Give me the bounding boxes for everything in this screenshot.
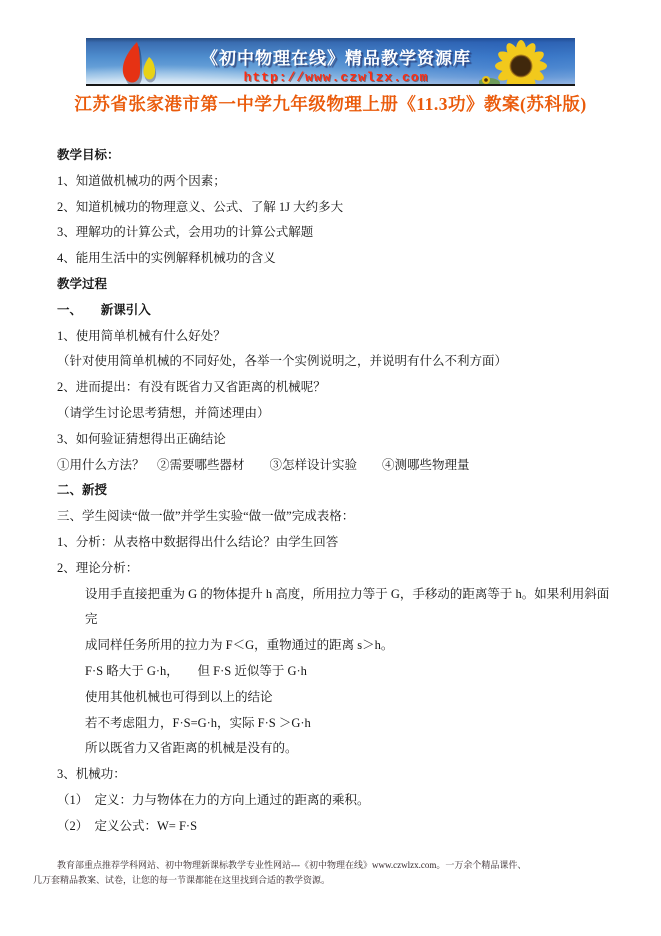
- sunflower-image: [479, 40, 559, 86]
- paragraph: 使用其他机械也可得到以上的结论: [57, 685, 617, 711]
- document-page: 《初中物理在线》精品教学资源库 http://www.czwlzx.com: [0, 0, 661, 936]
- paragraph: 2、知道机械功的物理意义、公式、了解 1J 大约多大: [57, 195, 617, 221]
- paragraph: （针对使用简单机械的不同好处，各举一个实例说明之，并说明有什么不利方面）: [57, 349, 617, 375]
- paragraph: 三、学生阅读“做一做”并学生实验“做一做”完成表格：: [57, 504, 617, 530]
- paragraph: 3、理解功的计算公式，会用功的计算公式解题: [57, 220, 617, 246]
- paragraph: 4、能用生活中的实例解释机械功的含义: [57, 246, 617, 272]
- paragraph: 所以既省力又省距离的机械是没有的。: [57, 736, 617, 762]
- footer-line-1: 教育部重点推荐学科网站、初中物理新课标教学专业性网站---《初中物理在线》www…: [33, 858, 647, 873]
- document-title: 江苏省张家港市第一中学九年级物理上册《11.3功》教案(苏科版): [0, 91, 661, 116]
- paragraph: 若不考虑阻力，F·S=G·h，实际 F·S ＞G·h: [57, 711, 617, 737]
- paragraph: ①用什么方法？ ②需要哪些器材 ③怎样设计实验 ④测哪些物理量: [57, 453, 617, 479]
- paragraph: 设用手直接把重为 G 的物体提升 h 高度，所用拉力等于 G，手移动的距离等于 …: [57, 582, 617, 634]
- heading-new-teaching: 二、新授: [57, 478, 617, 504]
- paragraph: （请学生讨论思考猜想，并简述理由）: [57, 401, 617, 427]
- site-title: 《初中物理在线》精品教学资源库: [196, 44, 476, 69]
- site-logo-icon: [114, 41, 158, 85]
- paragraph: 3、如何验证猜想得出正确结论: [57, 427, 617, 453]
- site-banner: 《初中物理在线》精品教学资源库 http://www.czwlzx.com: [86, 38, 575, 86]
- paragraph: 2、理论分析：: [57, 556, 617, 582]
- footer-note: 教育部重点推荐学科网站、初中物理新课标教学专业性网站---《初中物理在线》www…: [33, 858, 647, 887]
- paragraph: （2） 定义公式：W= F·S: [57, 814, 617, 840]
- footer-line-2: 几万套精品教案、试卷，让您的每一节课都能在这里找到合适的教学资源。: [33, 873, 647, 888]
- site-url: http://www.czwlzx.com: [196, 70, 476, 85]
- paragraph: F·S 略大于 G·h， 但 F·S 近似等于 G·h: [57, 659, 617, 685]
- paragraph: 1、分析：从表格中数据得出什么结论？由学生回答: [57, 530, 617, 556]
- paragraph: 1、知道做机械功的两个因素；: [57, 169, 617, 195]
- document-body: 教学目标： 1、知道做机械功的两个因素； 2、知道机械功的物理意义、公式、了解 …: [57, 143, 617, 840]
- paragraph: 1、使用简单机械有什么好处？: [57, 324, 617, 350]
- paragraph: 2、进而提出：有没有既省力又省距离的机械呢？: [57, 375, 617, 401]
- heading-new-lesson-intro: 一、 新课引入: [57, 298, 617, 324]
- paragraph: （1） 定义：力与物体在力的方向上通过的距离的乘积。: [57, 788, 617, 814]
- paragraph: 3、机械功：: [57, 762, 617, 788]
- heading-teaching-process: 教学过程: [57, 272, 617, 298]
- banner-text-block: 《初中物理在线》精品教学资源库 http://www.czwlzx.com: [196, 44, 476, 85]
- heading-teaching-objectives: 教学目标：: [57, 143, 617, 169]
- paragraph: 成同样任务所用的拉力为 F＜G，重物通过的距离 s＞h。: [57, 633, 617, 659]
